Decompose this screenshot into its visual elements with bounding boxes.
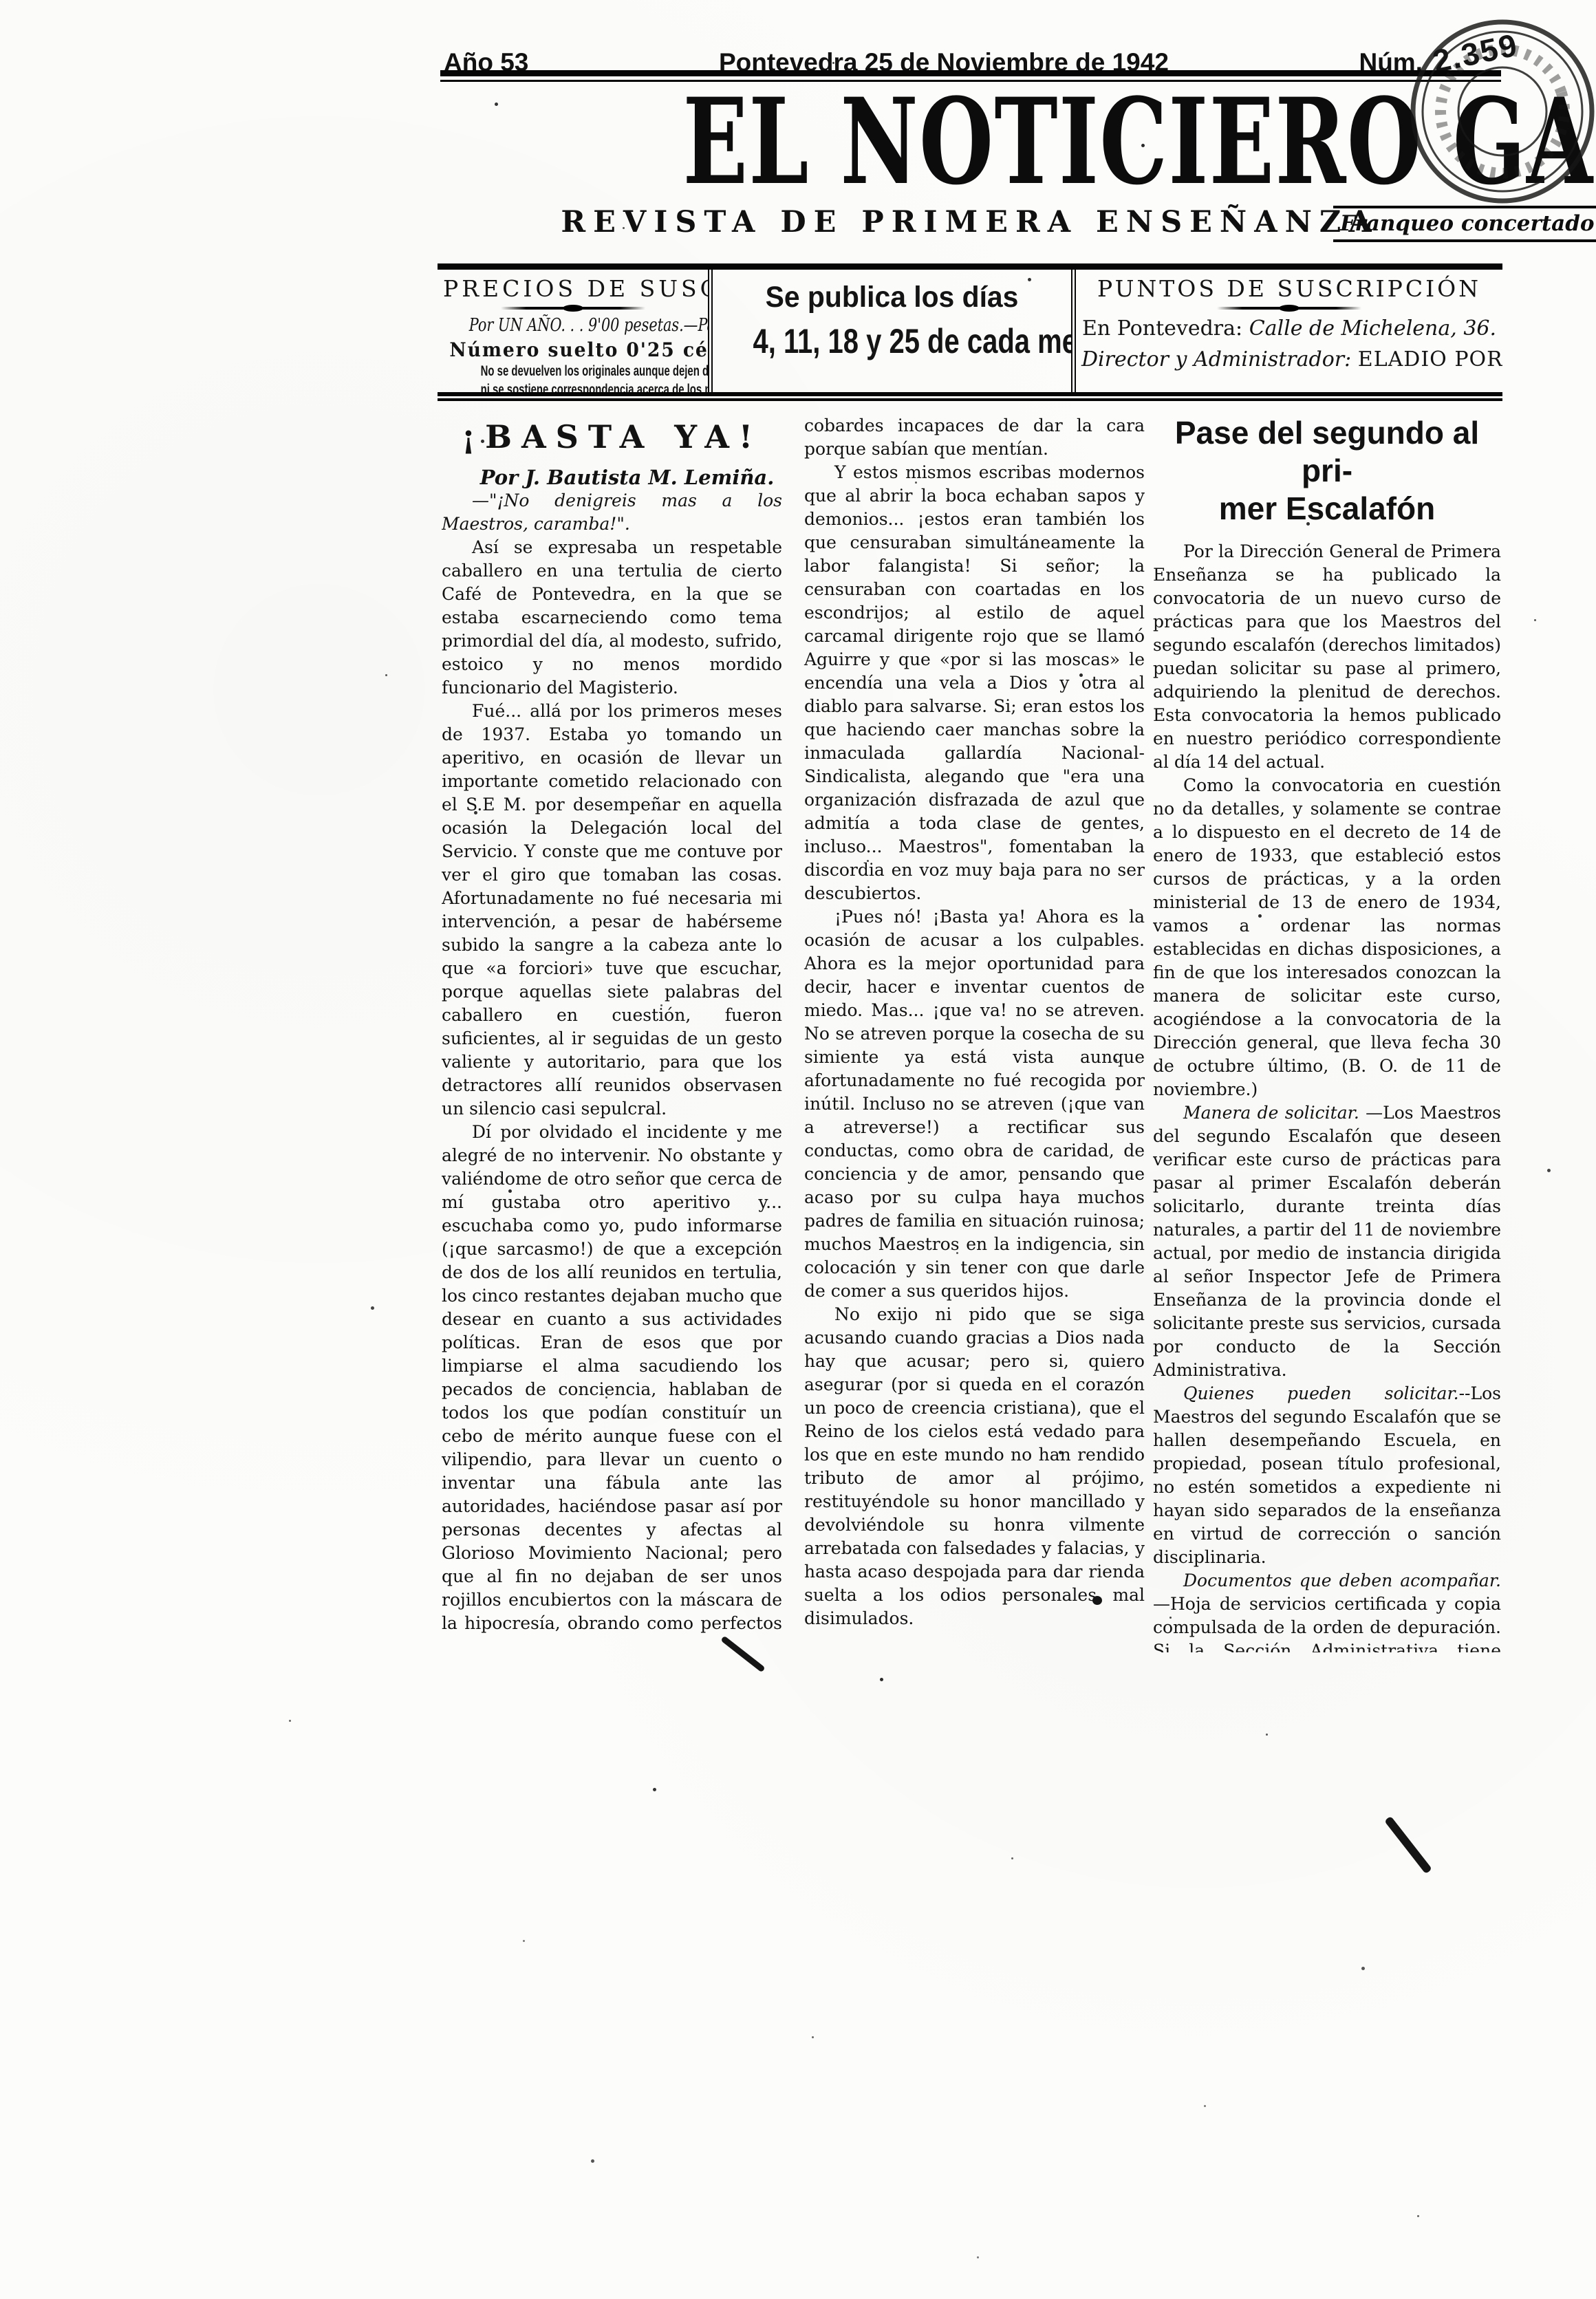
schedule-line-2: 4, 11, 18 y 25 de cada mes bbox=[753, 321, 1031, 361]
points-line-1-label: En Pontevedra: bbox=[1082, 316, 1242, 341]
points-line-1-value: Calle de Michelena, 36. bbox=[1249, 316, 1496, 341]
boxes-bottom-rule bbox=[438, 392, 1502, 401]
info-boxes: PRECIOS DE SUSCRIPCIÓN Por UN AÑO. . . 9… bbox=[438, 270, 1502, 392]
schedule-box: Se publica los días 4, 11, 18 y 25 de ca… bbox=[708, 270, 1071, 392]
ink-stroke bbox=[1384, 1816, 1432, 1875]
masthead-rule bbox=[438, 263, 1502, 270]
prices-line-1: Por UN AÑO. . . 9'00 pesetas.—Pago adela… bbox=[469, 315, 677, 336]
ink-dot bbox=[1092, 1596, 1102, 1605]
paragraph: —"¡No denigreis mas a los Maestros, cara… bbox=[442, 489, 782, 536]
paragraph: Y estos mismos escribas modernos que al … bbox=[804, 461, 1145, 905]
article-basta-ya: ¡BASTA YA! Por J. Bautista M. Lemiña. —"… bbox=[442, 414, 1145, 1652]
paragraph-lead: Quienes pueden solicitar. bbox=[1183, 1383, 1459, 1403]
paragraph: Quienes pueden solicitar.--Los Maestros … bbox=[1153, 1382, 1501, 1569]
paragraph: Documentos que deben acompañar. —Hoja de… bbox=[1153, 1569, 1501, 1652]
points-box: PUNTOS DE SUSCRIPCIÓN En Pontevedra: Cal… bbox=[1071, 270, 1502, 392]
article-byline: Por J. Bautista M. Lemiña. bbox=[442, 466, 782, 489]
paragraph: No exijo ni pido que se siga acusando cu… bbox=[804, 1303, 1145, 1630]
paragraph-text: —Hoja de servicios certificada y copia c… bbox=[1153, 1594, 1501, 1652]
paragraph-text: --Los Maestros del segundo Escalafón que… bbox=[1153, 1383, 1501, 1567]
paragraph-text: —Los Maestros del segundo Escalafón que … bbox=[1153, 1103, 1501, 1380]
paragraph: Así se expresaba un respetable caballero… bbox=[442, 536, 782, 700]
side-article-title: Pase del segundo al pri- mer Escalafón bbox=[1153, 414, 1501, 528]
divider-ornament bbox=[501, 307, 645, 310]
ink-speckles bbox=[0, 0, 2, 2]
side-title-line-2: mer Escalafón bbox=[1153, 490, 1501, 528]
prices-line-2: Número suelto 0'25 céntimos bbox=[449, 338, 695, 361]
masthead: EL NOTICIERO GALLEGO bbox=[440, 81, 1500, 202]
schedule-line-1: Se publica los días bbox=[727, 281, 1057, 314]
prices-line-3: No se devuelven los originales aunque de… bbox=[481, 363, 665, 380]
paragraph: Por la Dirección General de Primera Ense… bbox=[1153, 540, 1501, 774]
circular-stamp-icon bbox=[1405, 14, 1596, 213]
points-title: PUNTOS DE SUSCRIPCIÓN bbox=[1081, 275, 1497, 302]
points-line-2-value: ELADIO PORTELA bbox=[1358, 347, 1502, 371]
paragraph-lead: Documentos que deben acompañar. bbox=[1183, 1571, 1501, 1590]
paragraph-lead: Manera de solicitar. bbox=[1183, 1103, 1359, 1123]
prices-box: PRECIOS DE SUSCRIPCIÓN Por UN AÑO. . . 9… bbox=[438, 270, 708, 392]
prices-line-4: ni se sostiene correspondencia acerca de… bbox=[481, 382, 665, 392]
prices-title: PRECIOS DE SUSCRIPCIÓN bbox=[443, 275, 702, 302]
newspaper-page: Año 53 Pontevedra 25 de Noviembre de 194… bbox=[0, 0, 1596, 2299]
points-line-1: En Pontevedra: Calle de Michelena, 36. bbox=[1081, 316, 1497, 341]
paragraph: Manera de solicitar. —Los Maestros del s… bbox=[1153, 1101, 1501, 1382]
article-escalafon: Pase del segundo al pri- mer Escalafón P… bbox=[1153, 414, 1501, 1652]
paragraph: ¡Pues nó! ¡Basta ya! Ahora es la ocasión… bbox=[804, 905, 1145, 1303]
points-line-2: Director y Administrador: ELADIO PORTELA bbox=[1081, 347, 1497, 371]
side-title-line-1: Pase del segundo al pri- bbox=[1153, 414, 1501, 490]
points-line-2-label: Director y Administrador: bbox=[1081, 347, 1351, 371]
paragraph: Como la convocatoria en cuestión no da d… bbox=[1153, 774, 1501, 1101]
divider-ornament bbox=[1217, 307, 1361, 310]
article-title: ¡BASTA YA! bbox=[442, 418, 782, 456]
paragraph: Fué... allá por los primeros meses de 19… bbox=[442, 700, 782, 1121]
